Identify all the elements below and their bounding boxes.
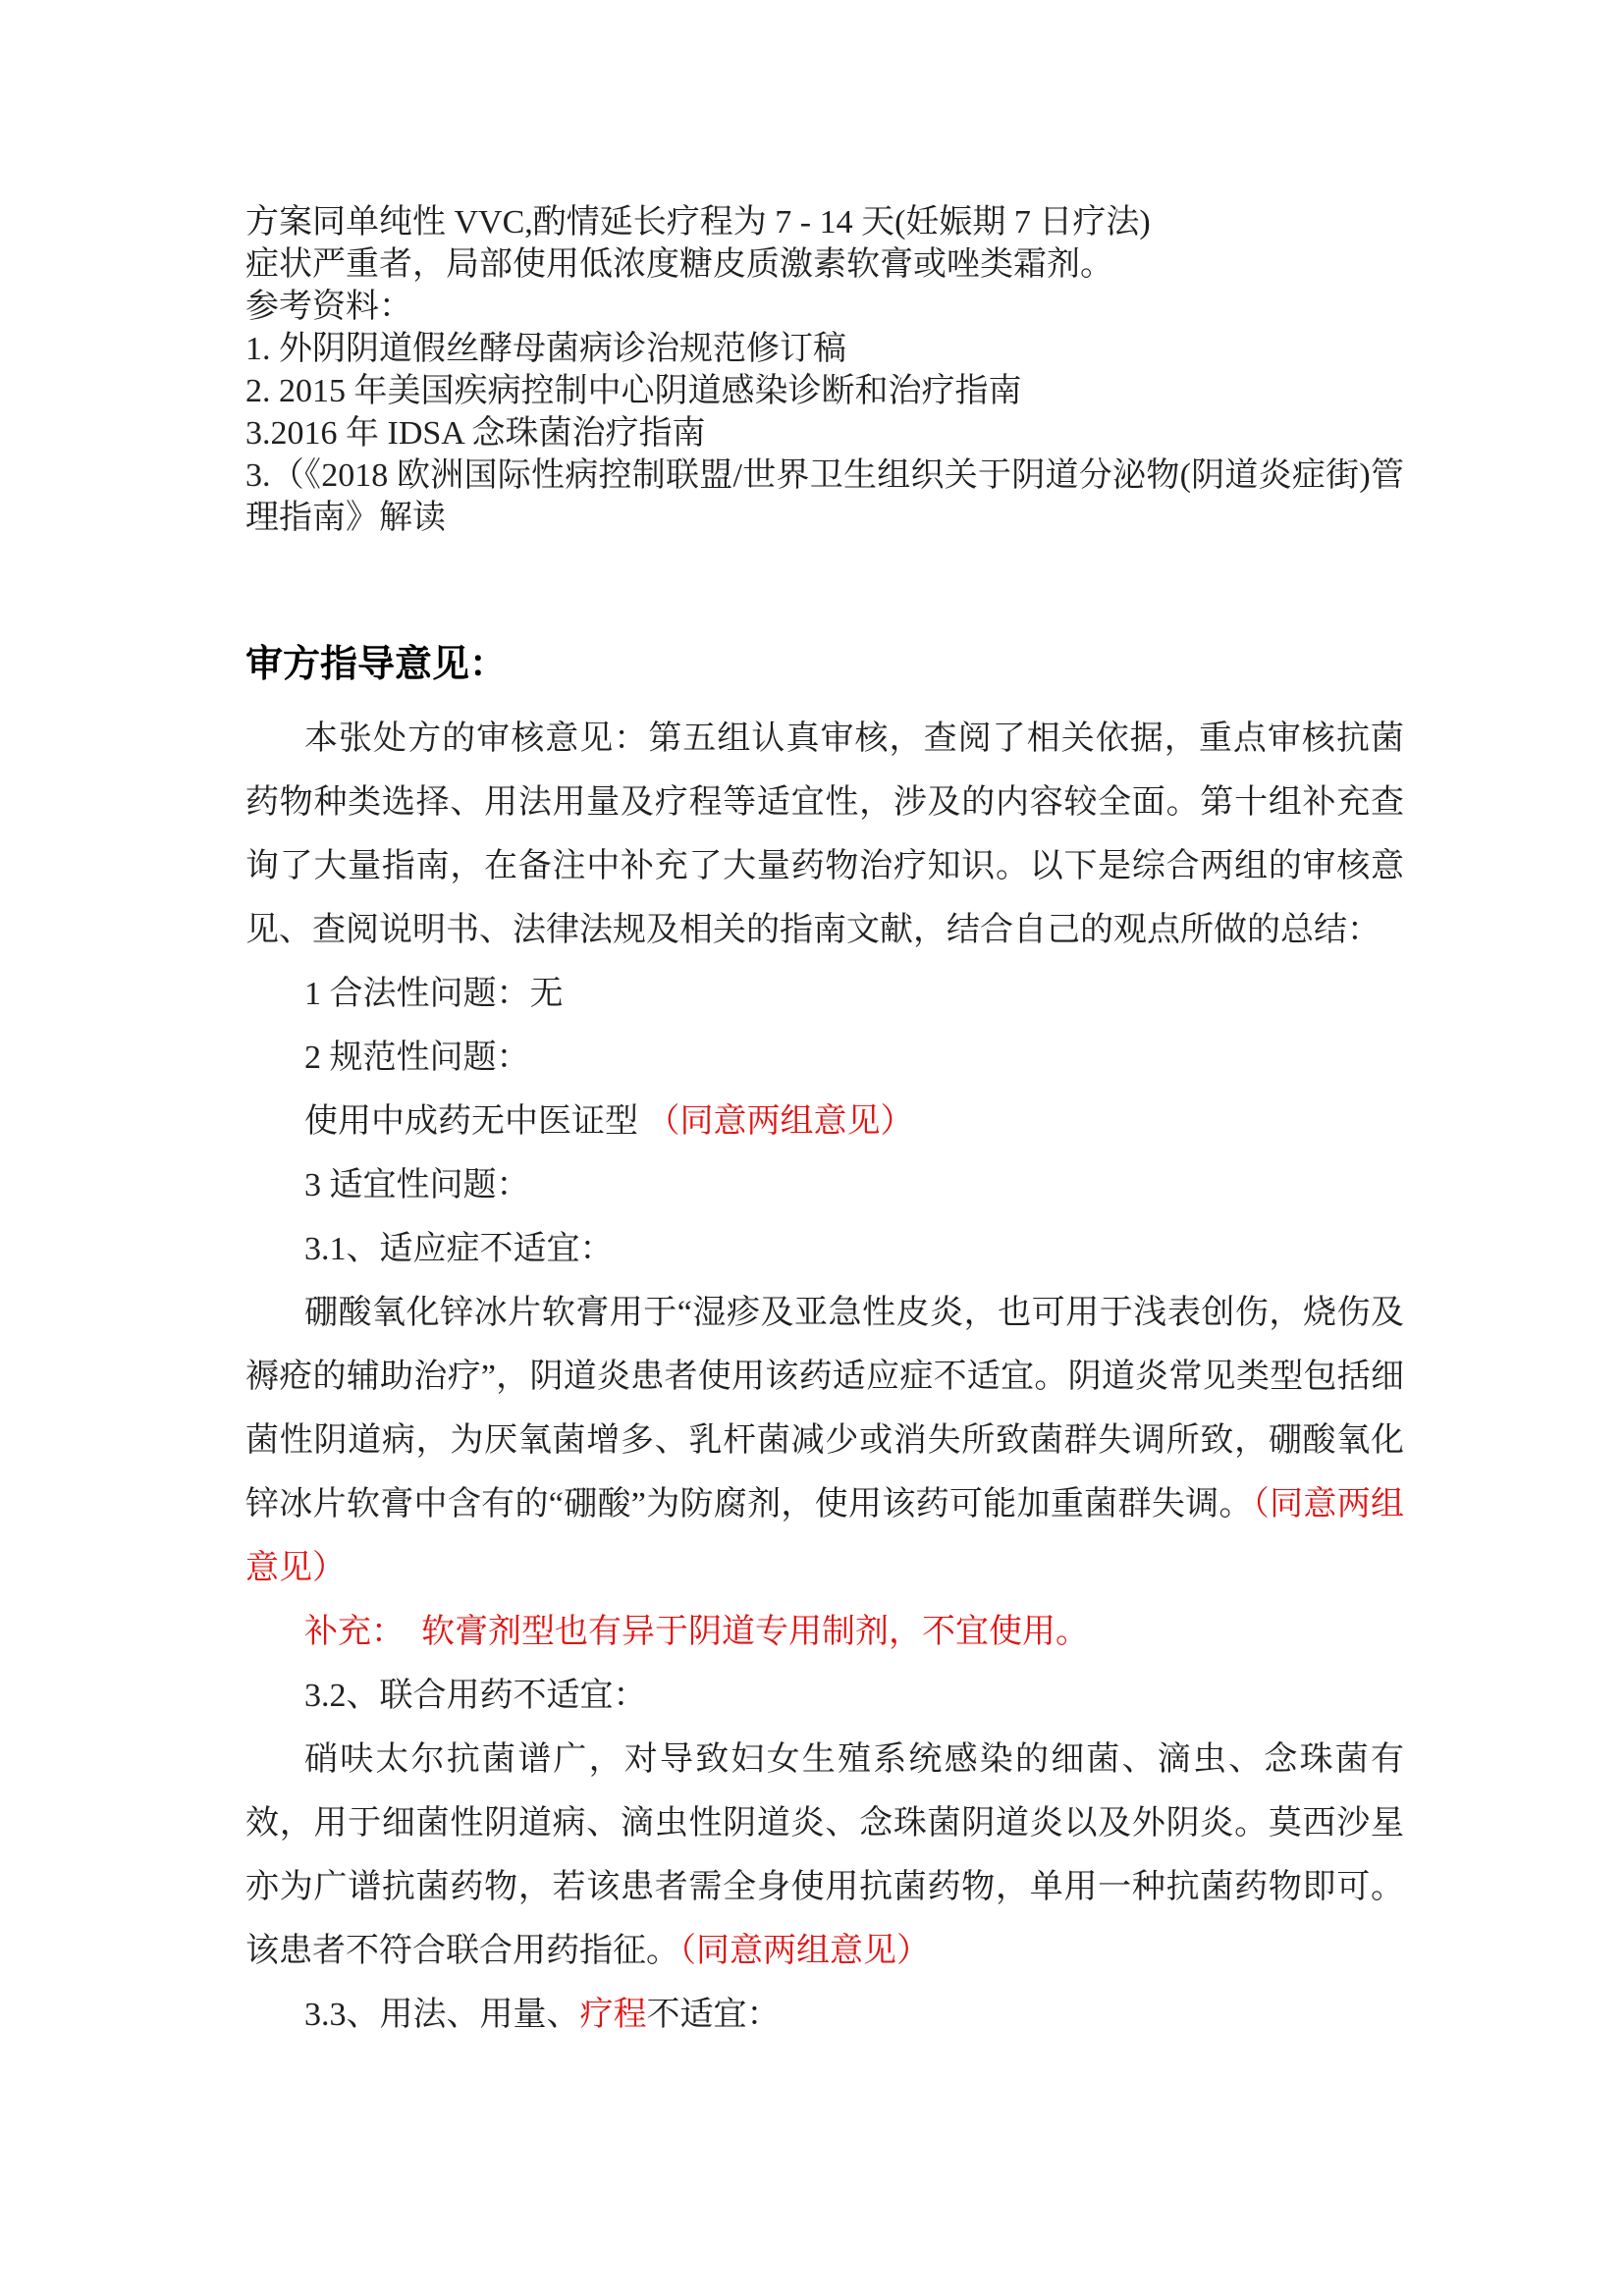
item-suitability: 3 适宜性问题： — [245, 1153, 1404, 1217]
item-legality: 1 合法性问题：无 — [245, 962, 1404, 1026]
combination-paragraph: 硝呋太尔抗菌谱广，对导致妇女生殖系统感染的细菌、滴虫、念珠菌有效，用于细菌性阴道… — [245, 1728, 1404, 1983]
tcm-agreement-note: （同意两组意见） — [647, 1103, 914, 1140]
item-3-2-title: 3.2、联合用药不适宜： — [245, 1664, 1404, 1728]
combination-agreement-note: （同意两组意见） — [679, 1933, 930, 1969]
reference-block: 方案同单纯性 VVC,酌情延长疗程为 7 - 14 天(妊娠期 7 日疗法) 症… — [245, 201, 1404, 539]
item-tcm-pattern: 使用中成药无中医证型 （同意两组意见） — [245, 1090, 1404, 1153]
reference-item-4: 3.（《2018 欧洲国际性病控制联盟/世界卫生组织关于阴道分泌物(阴道炎症街)… — [245, 454, 1404, 539]
item-3-1-title: 3.1、适应症不适宜： — [245, 1217, 1404, 1281]
severe-symptom-line: 症状严重者，局部使用低浓度糖皮质激素软膏或唑类霜剂。 — [245, 243, 1404, 286]
indication-paragraph: 硼酸氧化锌冰片软膏用于“湿疹及亚急性皮炎，也可用于浅表创伤，烧伤及褥疮的辅助治疗… — [245, 1281, 1404, 1600]
reference-item-1: 1. 外阴阴道假丝酵母菌病诊治规范修订稿 — [245, 328, 1404, 370]
item-standardization: 2 规范性问题： — [245, 1026, 1404, 1090]
document-page: 方案同单纯性 VVC,酌情延长疗程为 7 - 14 天(妊娠期 7 日疗法) 症… — [0, 0, 1624, 2296]
item-3-3-title: 3.3、用法、用量、疗程不适宜： — [245, 1983, 1404, 2047]
supplement-note: 补充： 软膏剂型也有异于阴道专用制剂，不宜使用。 — [245, 1600, 1404, 1664]
document-content: 方案同单纯性 VVC,酌情延长疗程为 7 - 14 天(妊娠期 7 日疗法) 症… — [245, 201, 1404, 2047]
section-heading: 审方指导意见： — [245, 639, 1404, 690]
course-highlight: 疗程 — [580, 1997, 647, 2033]
treatment-plan-line: 方案同单纯性 VVC,酌情延长疗程为 7 - 14 天(妊娠期 7 日疗法) — [245, 201, 1404, 243]
review-summary-paragraph: 本张处方的审核意见：第五组认真审核，查阅了相关依据，重点审核抗菌药物种类选择、用… — [245, 707, 1404, 962]
reference-title: 参考资料： — [245, 286, 1404, 328]
indication-text: 硼酸氧化锌冰片软膏用于“湿疹及亚急性皮炎，也可用于浅表创伤，烧伤及褥疮的辅助治疗… — [245, 1295, 1404, 1522]
reference-item-3: 3.2016 年 IDSA 念珠菌治疗指南 — [245, 412, 1404, 454]
reference-item-2: 2. 2015 年美国疾病控制中心阴道感染诊断和治疗指南 — [245, 370, 1404, 412]
dosage-title-text-a: 3.3、用法、用量、 — [304, 1997, 580, 2033]
review-opinion-body: 本张处方的审核意见：第五组认真审核，查阅了相关依据，重点审核抗菌药物种类选择、用… — [245, 707, 1404, 2047]
tcm-pattern-text: 使用中成药无中医证型 — [304, 1103, 647, 1140]
dosage-title-text-b: 不适宜： — [647, 1997, 781, 2033]
